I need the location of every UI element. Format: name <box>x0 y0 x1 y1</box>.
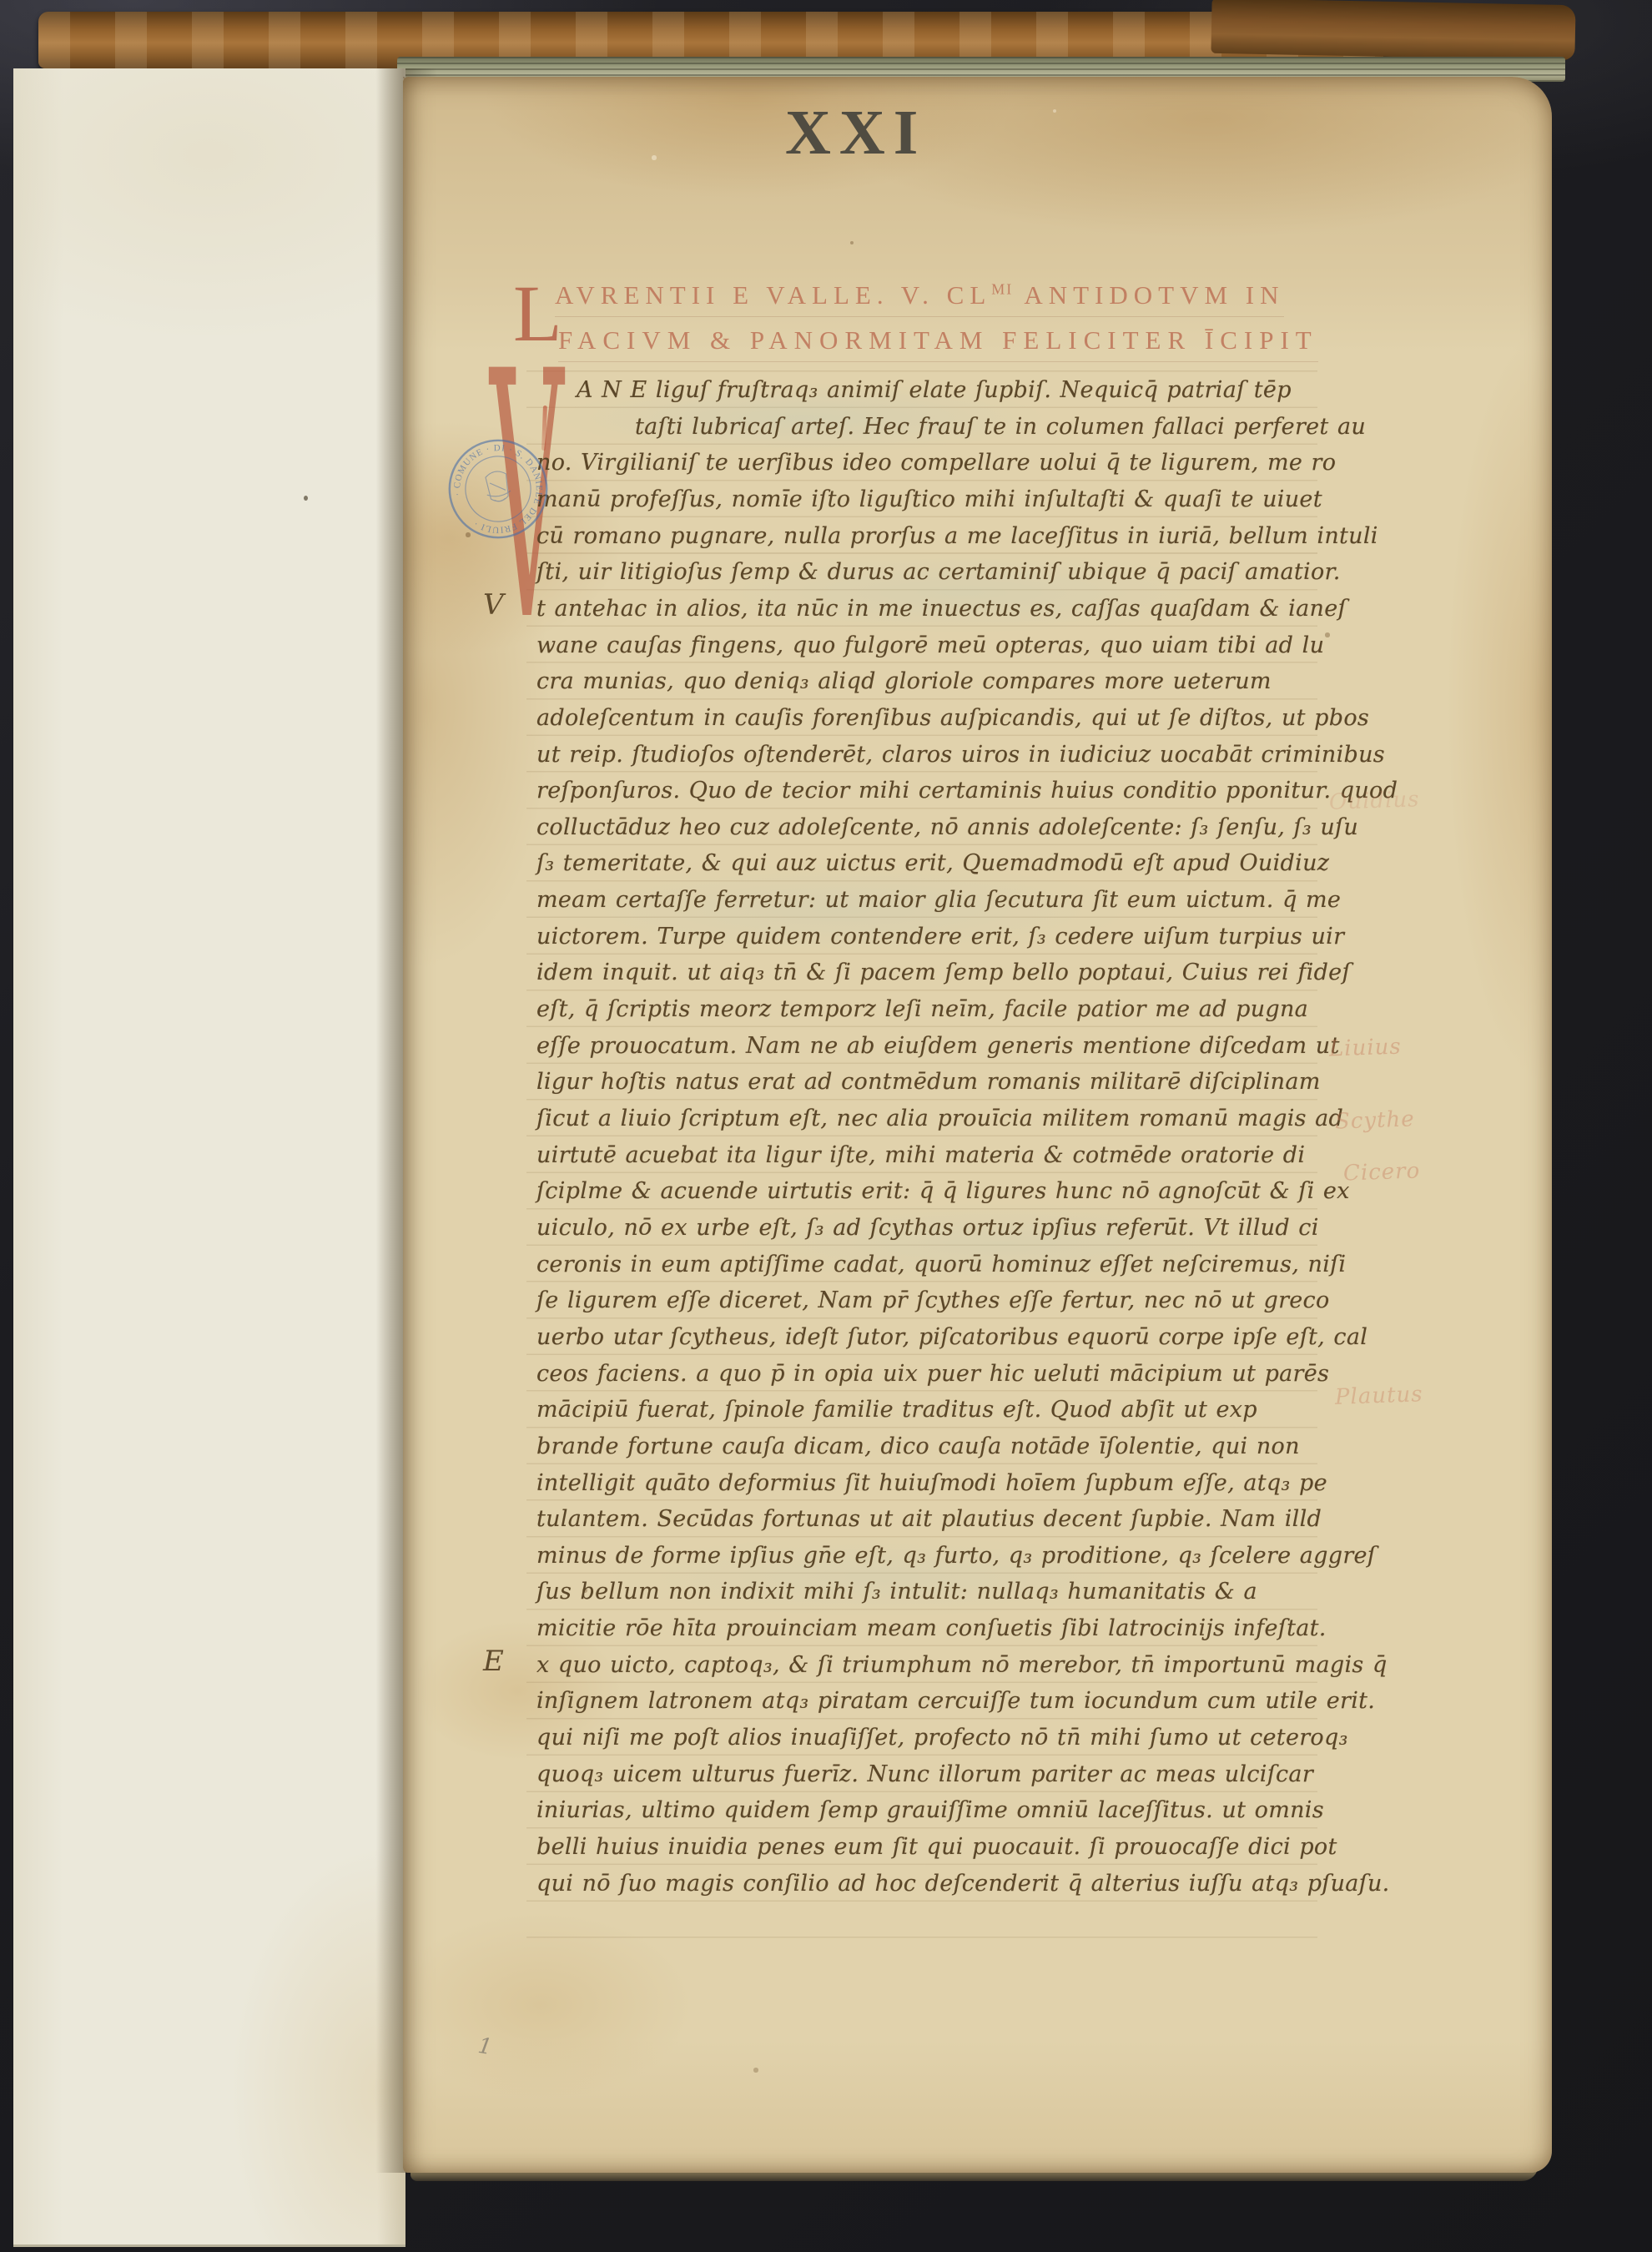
library-stamp: · COMUNE · DI · S. DANIELE DEL FRIULI · <box>438 429 558 549</box>
manuscript-line: micitie rōe hīta prouinciam meam conſuet… <box>536 1615 1327 1642</box>
manuscript-line: ſicut a liuio ſcriptum eſt, nec alia pro… <box>536 1106 1343 1132</box>
manuscript-line: mācipiū fuerat, ſpinole familie traditus… <box>536 1397 1257 1423</box>
title-line-2: FACIVM & PANORMITAM FELICITER ĪCIPIT <box>558 325 1318 362</box>
manuscript-line: manū profeſſus, nomīe iſto liguſtico mih… <box>536 486 1322 513</box>
manuscript-line: ceos faciens. a quo p̄ in opia uix puer … <box>536 1361 1329 1388</box>
paragraph-initial: E <box>483 1647 504 1675</box>
manuscript-line: reſponſuros. Quo de tecior mihi certamin… <box>536 778 1398 804</box>
manuscript-line: uirtutē acuebat ita ligur iſte, mihi mat… <box>536 1142 1305 1169</box>
marginal-note: Scythe <box>1335 1108 1416 1132</box>
manuscript-line: adoleſcentum in cauſis forenſibus auſpic… <box>536 705 1369 732</box>
manuscript-line: tulantem. Secūdas fortunas ut ait plauti… <box>536 1506 1322 1533</box>
folio-page: XXI L AVRENTII E VALLE. V. CLMI ANTIDOTV… <box>403 77 1552 2173</box>
manuscript-line: uictorem. Turpe quidem contendere erit, … <box>536 924 1344 950</box>
manuscript-line: ut reip. ſtudioſos oſtenderēt, claros ui… <box>536 742 1385 768</box>
manuscript-photo: XXI L AVRENTII E VALLE. V. CLMI ANTIDOTV… <box>0 0 1652 2252</box>
manuscript-line: idem inquit. ut aiq₃ tn̄ & ſi pacem ſemp… <box>536 960 1351 986</box>
manuscript-line: minus de forme ipſius gn̄e eſt, q₃ furto… <box>536 1543 1376 1569</box>
manuscript-line: eſt, q̄ ſcriptis meorz temporz leſi neīm… <box>536 996 1308 1023</box>
manuscript-line: ſciplme & acuende uirtutis erit: q̄ q̄ l… <box>536 1178 1350 1205</box>
manuscript-line: no. Virgilianiſ te uerſibus ideo compell… <box>536 450 1336 476</box>
title-line1-superscript: MI <box>991 281 1013 298</box>
manuscript-line: ſ₃ temeritate, & qui auz uictus erit, Qu… <box>536 850 1329 877</box>
manuscript-line: inſignem latronem atq₃ piratam cercuiſſe… <box>536 1688 1375 1715</box>
manuscript-line: qui nō ſuo magis conſilio ad hoc deſcend… <box>536 1871 1390 1897</box>
paragraph-initial: V <box>483 591 504 619</box>
manuscript-line: taſti lubricaſ arteſ. Hec frauſ te in co… <box>635 414 1366 441</box>
manuscript-line: quoq₃ uicem ulturus fuerīz. Nunc illorum… <box>536 1761 1313 1788</box>
pencil-foliation-number: 1 <box>476 2035 493 2058</box>
stamp-crest <box>483 470 511 503</box>
manuscript-line: qui niſi me poſt alios inuaſiſſet, profe… <box>536 1725 1348 1751</box>
flyleaf-fleck <box>304 496 308 501</box>
title-line1-pre: AVRENTII E VALLE. V. CL <box>555 280 991 310</box>
stamp-legend: · COMUNE · DI · S. DANIELE DEL FRIULI · <box>445 436 551 542</box>
manuscript-line: intelligit quāto deformius ſit huiuſmodi… <box>536 1470 1327 1497</box>
binding-top-right-edge <box>1211 0 1575 60</box>
page-number: XXI <box>785 97 926 169</box>
title-line-1: AVRENTII E VALLE. V. CLMI ANTIDOTVM IN <box>555 280 1284 317</box>
manuscript-line: A N E liguſ fruſtraq₃ animiſ elate ſupbi… <box>577 377 1292 404</box>
manuscript-line: brande fortune cauſa dicam, dico cauſa n… <box>536 1433 1300 1460</box>
manuscript-line: colluctāduz heo cuz adoleſcente, nō anni… <box>536 814 1358 841</box>
parchment-specks <box>403 77 405 78</box>
manuscript-line: belli huius inuidia penes eum ſit qui pu… <box>536 1834 1337 1861</box>
manuscript-line: cū romano pugnare, nulla prorſus a me la… <box>536 523 1378 550</box>
manuscript-line: ligur hoſtis natus erat ad contmēdum rom… <box>536 1069 1321 1096</box>
manuscript-line: wane cauſas fingens, quo fulgorē meū opt… <box>536 632 1324 659</box>
marginal-note: Liuius <box>1329 1035 1403 1060</box>
marginal-note: Plautus <box>1335 1383 1423 1408</box>
manuscript-line: x quo uicto, captoq₃, & ſi triumphum nō … <box>536 1652 1388 1679</box>
manuscript-line: ſus bellum non indixit mihi ſ₃ intulit: … <box>536 1579 1257 1605</box>
flyleaf-page <box>13 68 405 2247</box>
manuscript-line: ceronis in eum aptiſſime cadat, quorū ho… <box>536 1252 1346 1278</box>
manuscript-line: eſſe prouocatum. Nam ne ab eiuſdem gener… <box>536 1033 1340 1060</box>
manuscript-line: iniurias, ultimo quidem ſemp grauiſſime … <box>536 1797 1324 1824</box>
marginal-note: Ouidius <box>1329 788 1420 814</box>
manuscript-line: uerbo utar ſcytheus, ideſt ſutor, piſcat… <box>536 1324 1367 1351</box>
manuscript-line: ſti, uir litigioſus ſemp & durus ac cert… <box>536 559 1341 586</box>
manuscript-line: ſe ligurem eſſe diceret, Nam pr̄ ſcythes… <box>536 1287 1330 1314</box>
manuscript-line: uiculo, nō ex urbe eſt, ſ₃ ad ſcythas or… <box>536 1215 1319 1242</box>
marginal-note: Cicero <box>1343 1160 1421 1184</box>
manuscript-line: t antehac in alios, ita nūc in me inuect… <box>536 596 1347 622</box>
manuscript-line: meam certaſſe ferretur: ut maior glia ſe… <box>536 887 1341 914</box>
title-line1-post: ANTIDOTVM IN <box>1013 280 1284 310</box>
manuscript-line: cra munias, quo deniq₃ aliqd gloriole co… <box>536 668 1272 695</box>
